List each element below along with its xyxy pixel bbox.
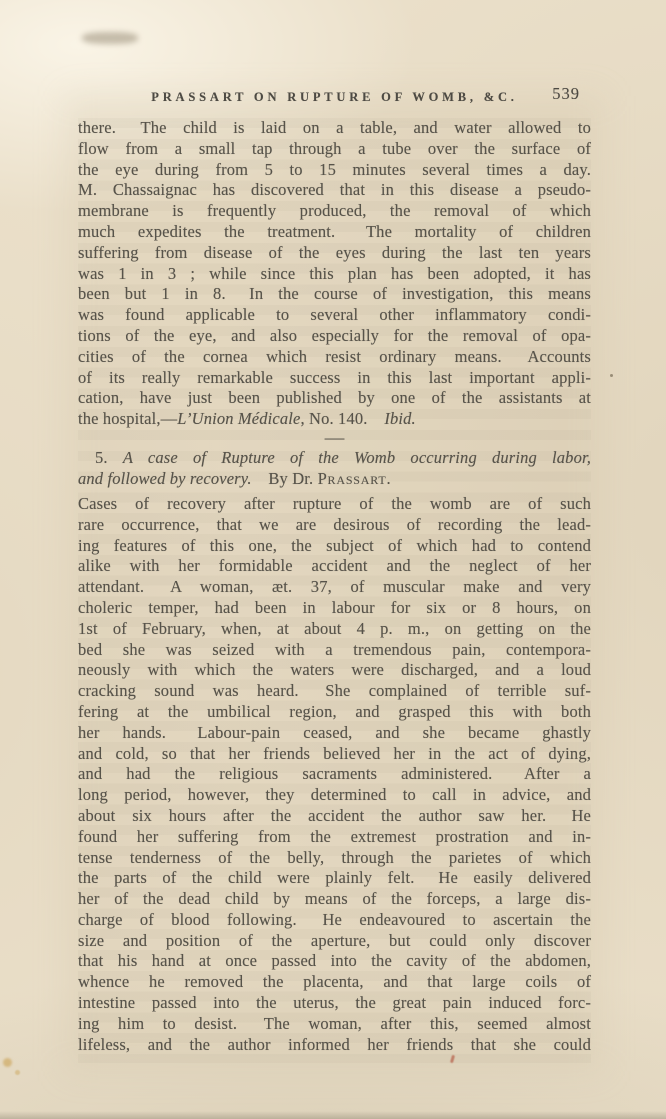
paragraph-case-report: Cases of recovery after rupture of the w… <box>78 494 591 1056</box>
foxing-speck <box>3 1058 12 1067</box>
separator-dash: — <box>325 431 345 444</box>
text-line: suffering from disease of the eyes durin… <box>78 243 591 264</box>
ibid-reference: Ibid. <box>384 409 415 428</box>
author-name: Prassart. <box>318 469 392 488</box>
text-line: M. Chassaignac has discovered that in th… <box>78 180 591 201</box>
text-line: there. The child is laid on a table, and… <box>78 118 591 139</box>
text-line: long period, however, they determined to… <box>78 785 591 806</box>
running-title: PRASSART ON RUPTURE OF WOMB, &C. <box>78 88 591 106</box>
text-line: ing him to desist. The woman, after this… <box>78 1014 591 1035</box>
text-line: flow from a small tap through a tube ove… <box>78 139 591 160</box>
foxing-speck <box>15 1070 20 1075</box>
text-line: found her suffering from the extremest p… <box>78 827 591 848</box>
scanned-page: PRASSART ON RUPTURE OF WOMB, &C. 539 the… <box>0 0 666 1119</box>
text-line: cracking sound was heard. She complained… <box>78 681 591 702</box>
text-line: that his hand at once passed into the ca… <box>78 951 591 972</box>
page-content: PRASSART ON RUPTURE OF WOMB, &C. 539 the… <box>78 88 591 1055</box>
text-line: fering at the umbilical region, and gras… <box>78 702 591 723</box>
citation-prefix: the hospital,— <box>78 409 177 428</box>
page-header: PRASSART ON RUPTURE OF WOMB, &C. 539 <box>78 88 591 106</box>
text-line: 1st of February, when, at about 4 p. m.,… <box>78 619 591 640</box>
text-line: attendant. A woman, æt. 37, of muscular … <box>78 577 591 598</box>
text-line: size and position of the aperture, but c… <box>78 931 591 952</box>
citation-line: the hospital,—L’Union Médicale, No. 140.… <box>78 409 591 430</box>
section-title-part-2: and followed by recovery. <box>78 469 252 488</box>
text-line: was found applicable to several other in… <box>78 305 591 326</box>
article-body: there. The child is laid on a table, and… <box>78 118 591 1055</box>
text-line: intestine passed into the uterus, the gr… <box>78 993 591 1014</box>
page-bottom-scan-edge <box>0 1111 666 1119</box>
text-line: and cold, so that her friends believed h… <box>78 744 591 765</box>
section-separator: — <box>78 431 591 447</box>
text-line: cation, have just been published by one … <box>78 388 591 409</box>
red-ink-speck <box>450 1055 455 1064</box>
section-heading: 5. A case of Rupture of the Womb occurri… <box>78 447 591 489</box>
text-line: ing features of this one, the subject of… <box>78 536 591 557</box>
section-title-part-1: A case of Rupture of the Womb occurring … <box>123 448 591 467</box>
ink-smudge-stain <box>82 32 138 44</box>
text-line: membrane is frequently produced, the rem… <box>78 201 591 222</box>
text-line: and had the religious sacraments adminis… <box>78 764 591 785</box>
text-line: rare occurrence, that we are desirous of… <box>78 515 591 536</box>
dark-speck <box>610 374 613 377</box>
text-line: her hands. Labour-pain ceased, and she b… <box>78 723 591 744</box>
paragraph-eye-disease-continuation: there. The child is laid on a table, and… <box>78 118 591 409</box>
journal-title: L’Union Médicale <box>177 409 300 428</box>
text-line: of its really remarkable success in this… <box>78 368 591 389</box>
text-line: alike with her formidable accident and t… <box>78 556 591 577</box>
heading-line-2: and followed by recovery. By Dr. Prassar… <box>78 468 591 489</box>
text-line: her of the dead child by means of the fo… <box>78 889 591 910</box>
text-line: was 1 in 3 ; while since this plan has b… <box>78 264 591 285</box>
text-line: lifeless, and the author informed her fr… <box>78 1035 591 1056</box>
text-line: Cases of recovery after rupture of the w… <box>78 494 591 515</box>
text-line: the eye during from 5 to 15 minutes seve… <box>78 160 591 181</box>
heading-line-1: 5. A case of Rupture of the Womb occurri… <box>78 447 591 468</box>
text-line: choleric temper, had been in labour for … <box>78 598 591 619</box>
text-line: cities of the cornea which resist ordina… <box>78 347 591 368</box>
text-line: neously with which the waters were disch… <box>78 660 591 681</box>
text-line: been but 1 in 8. In the course of invest… <box>78 284 591 305</box>
text-line: much expedites the treatment. The mortal… <box>78 222 591 243</box>
text-line: about six hours after the accident the a… <box>78 806 591 827</box>
text-line: bed she was seized with a tremendous pai… <box>78 640 591 661</box>
citation-issue: , No. 140. <box>300 409 384 428</box>
page-number: 539 <box>552 85 580 103</box>
text-line: tense tenderness of the belly, through t… <box>78 848 591 869</box>
text-line: the parts of the child were plainly felt… <box>78 868 591 889</box>
byline-label: By Dr. <box>252 469 318 488</box>
section-number: 5. <box>95 448 123 467</box>
text-line: whence he removed the placenta, and that… <box>78 972 591 993</box>
text-line: charge of blood following. He endeavoure… <box>78 910 591 931</box>
text-line: tions of the eye, and also especially fo… <box>78 326 591 347</box>
